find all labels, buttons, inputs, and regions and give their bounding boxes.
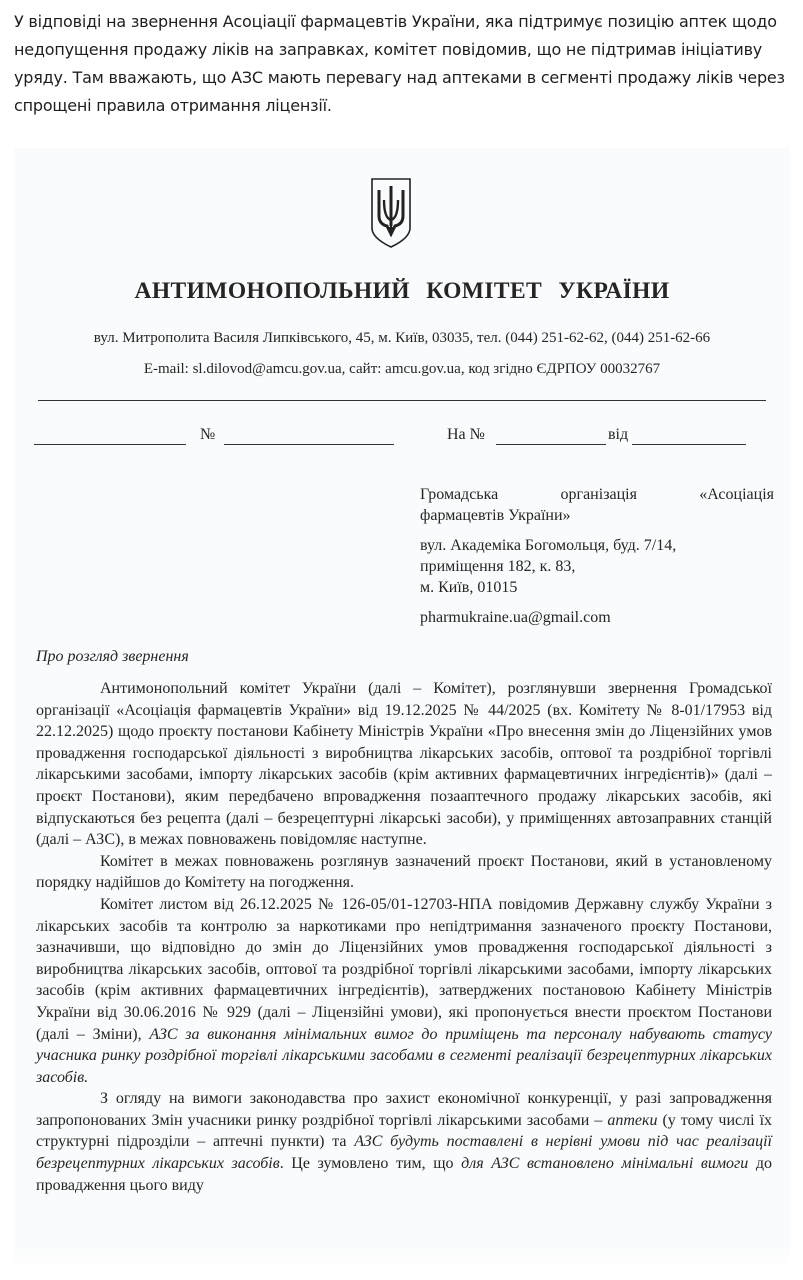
post-caption: У відповіді на звернення Асоціації фарма… — [14, 8, 794, 120]
recipient-org-name: фармацевтів України» — [420, 505, 774, 526]
letter-scan: АНТИМОНОПОЛЬНИЙ КОМІТЕТ УКРАЇНИ вул. Мит… — [14, 148, 790, 1268]
emphasis-text: аптеки — [607, 1112, 657, 1129]
reply-date-blank — [632, 426, 746, 445]
letter-subject: Про розгляд звернення — [36, 648, 189, 666]
body-paragraph: З огляду на вимоги законодавства про зах… — [36, 1088, 772, 1196]
recipient-premises: приміщення 182, к. 83, — [420, 556, 774, 577]
outgoing-date-blank — [34, 426, 186, 445]
outgoing-number-blank — [224, 426, 394, 445]
registration-row: № На № від — [14, 426, 790, 450]
org-contacts: E-mail: sl.dilovod@amcu.gov.ua, сайт: am… — [14, 361, 790, 378]
body-paragraph: Комітет в межах повноважень розглянув за… — [36, 851, 772, 894]
body-paragraph: Антимонопольний комітет України (далі – … — [36, 678, 772, 851]
body-text: Комітет листом від 26.12.2025 № 126-05/0… — [36, 896, 772, 1043]
org-name: АНТИМОНОПОЛЬНИЙ КОМІТЕТ УКРАЇНИ — [14, 278, 790, 305]
reply-number-blank — [496, 426, 606, 445]
recipient-email: pharmukraine.ua@gmail.com — [420, 607, 774, 628]
recipient-block: Громадська організація «Асоціація фармац… — [420, 484, 774, 628]
body-text: . Це зумовлено тим, що — [280, 1155, 461, 1172]
body-paragraph: Комітет листом від 26.12.2025 № 126-05/0… — [36, 894, 772, 1088]
recipient-city: м. Київ, 01015 — [420, 577, 774, 598]
letter-body: Антимонопольний комітет України (далі – … — [36, 678, 772, 1196]
org-address: вул. Митрополита Василя Липківського, 45… — [14, 330, 790, 347]
emphasis-text: для АЗС встановлено мінімальні вимоги — [461, 1155, 748, 1172]
number-label: № — [200, 426, 215, 444]
recipient-org-word: Громадська — [420, 484, 498, 505]
recipient-street: вул. Академіка Богомольця, буд. 7/14, — [420, 535, 774, 556]
date-label: від — [608, 426, 628, 444]
recipient-org-word: організація — [561, 484, 637, 505]
scan-cutoff — [14, 1248, 790, 1268]
in-reply-label: На № — [447, 426, 485, 444]
coat-of-arms-icon — [369, 176, 413, 250]
letterhead-divider — [38, 400, 766, 401]
recipient-org-word: «Асоціація — [699, 484, 774, 505]
